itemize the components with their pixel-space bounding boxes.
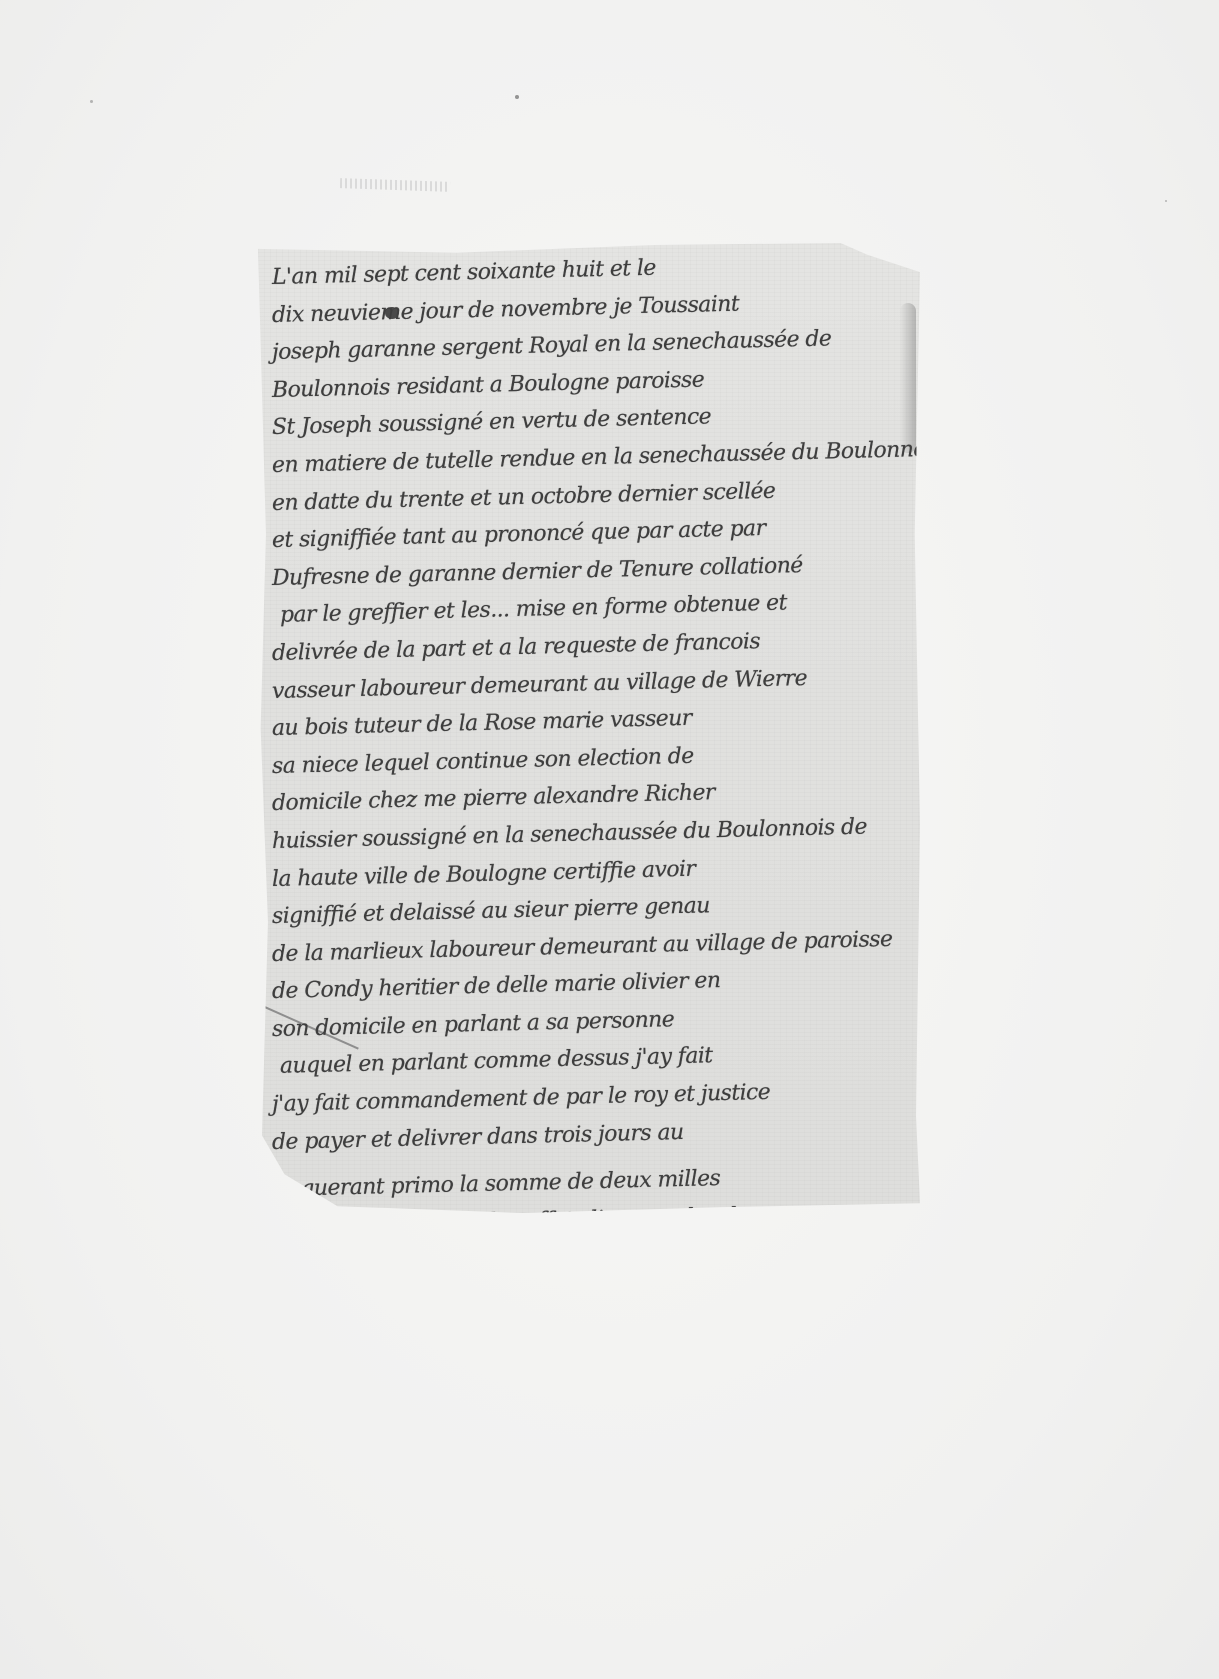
- dust-speck: [1165, 200, 1167, 202]
- dust-speck: [515, 95, 519, 99]
- manuscript-page: L'an mil sept cent soixante huit et le d…: [258, 243, 920, 1213]
- dust-speck: [90, 100, 93, 103]
